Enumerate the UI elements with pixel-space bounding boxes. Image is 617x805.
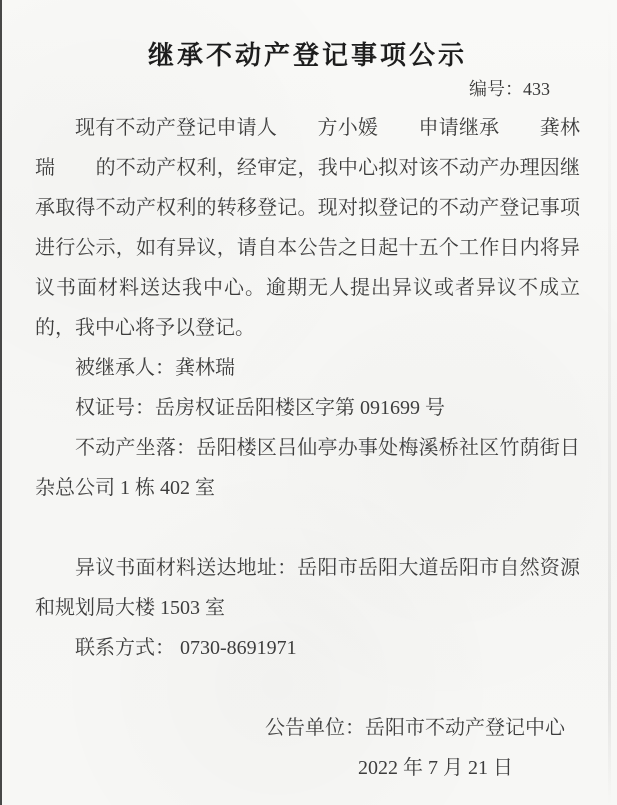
signoff-date: 2022 年 7 月 21 日 [35, 748, 580, 788]
signoff-unit: 公告单位：岳阳市不动产登记中心 [35, 708, 580, 748]
field-certificate-number: 权证号：岳房权证岳阳楼区字第 091699 号 [35, 388, 580, 428]
document-number: 编号：433 [35, 76, 580, 102]
document-content: 继承不动产登记事项公示 编号：433 现有不动产登记申请人 方小媛 申请继承 龚… [0, 0, 617, 805]
document-title: 继承不动产登记事项公示 [35, 38, 580, 72]
main-paragraph: 现有不动产登记申请人 方小媛 申请继承 龚林瑞 的不动产权利，经审定，我中心拟对… [35, 108, 580, 348]
notice-document: 继承不动产登记事项公示 编号：433 现有不动产登记申请人 方小媛 申请继承 龚… [0, 0, 617, 805]
field-property-location: 不动产坐落：岳阳楼区吕仙亭办事处梅溪桥社区竹荫街日杂总公司 1 栋 402 室 [35, 428, 580, 508]
signoff-block: 公告单位：岳阳市不动产登记中心 2022 年 7 月 21 日 [35, 708, 580, 788]
field-decedent: 被继承人：龚林瑞 [35, 348, 580, 388]
field-objection-address: 异议书面材料送达地址：岳阳市岳阳大道岳阳市自然资源和规划局大楼 1503 室 [35, 548, 580, 628]
field-contact: 联系方式： 0730-8691971 [35, 628, 580, 668]
